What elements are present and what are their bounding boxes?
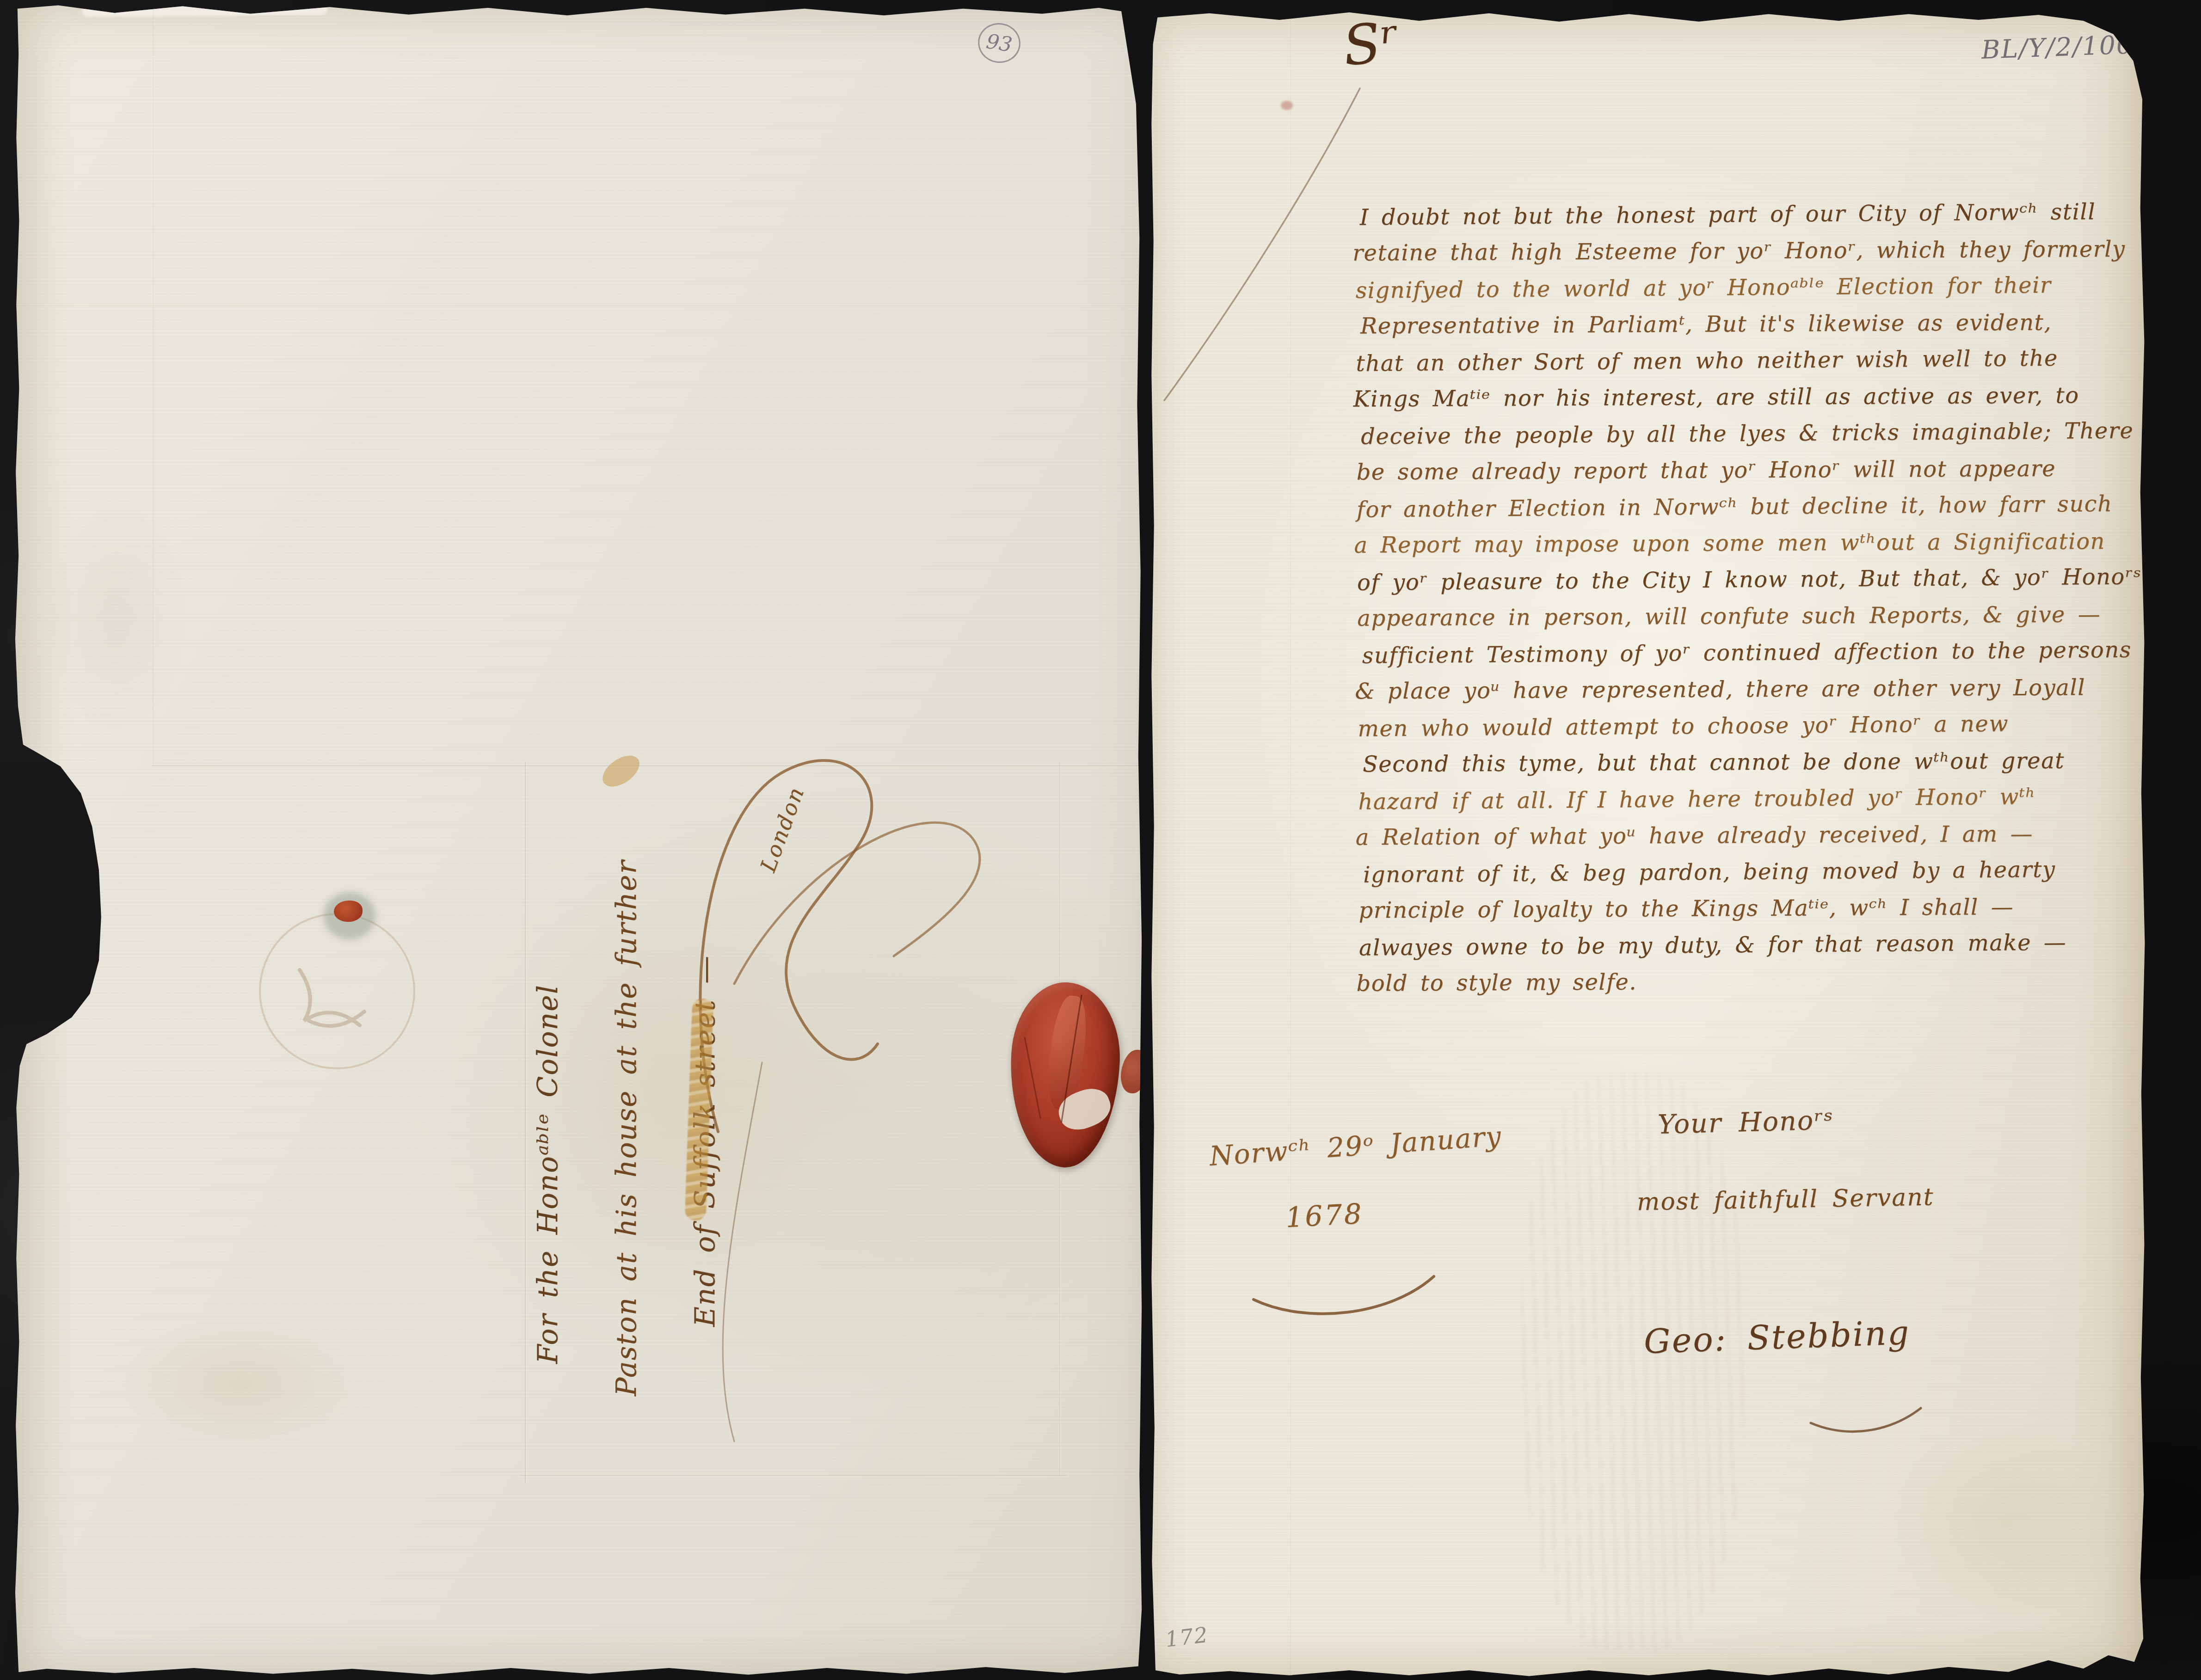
- letter-leaf: BL/Y/2/100 Sʳ I doubt not but the honest…: [1150, 7, 2148, 1679]
- letter-line: be some already report that yoʳ Honoʳ wi…: [1356, 450, 2131, 491]
- address-line: Paston at his house at the further: [587, 749, 666, 1396]
- paper-speck: [1281, 101, 1293, 110]
- letter-line: men who would attempt to choose yoʳ Hono…: [1358, 705, 2133, 747]
- address-block: For the Honoᵃᵇˡᵉ ColonelPaston at his ho…: [509, 749, 805, 1396]
- address-line: For the Honoᵃᵇˡᵉ Colonel: [509, 749, 587, 1396]
- letter-line: for another Election in Norwᶜʰ but decli…: [1357, 485, 2132, 528]
- dateline-underline-flourish: [1254, 1276, 1434, 1314]
- letter-line: appearance in person, will confute such …: [1357, 596, 2132, 637]
- folio-number-annotation: 172: [1164, 1622, 1210, 1652]
- salutation: Sʳ: [1340, 9, 1403, 78]
- letter-line: deceive the people by all the lyes & tri…: [1361, 412, 2131, 455]
- item-number-circle-annotation: 93: [975, 20, 1023, 66]
- fold-crease: [519, 1475, 1067, 1477]
- signature: Geo: Stebbing: [1643, 1313, 1911, 1361]
- salutation-flourish: [1164, 88, 1360, 400]
- letter-line: hazard if at all. If I have here trouble…: [1358, 778, 2133, 820]
- paper-stain: [1889, 1417, 2121, 1625]
- fold-crease: [13, 305, 1144, 307]
- letter-line: of yoʳ pleasure to the City I know not, …: [1357, 558, 2132, 601]
- fold-crease: [153, 4, 155, 766]
- dateline-place-day: Norwᶜʰ 29ᵒ January: [1208, 1120, 1502, 1172]
- letter-line: ignorant of it, & beg pardon, being move…: [1363, 851, 2133, 893]
- letter-line: that an other Sort of men who neither wi…: [1356, 339, 2131, 382]
- ink-showthrough: [1521, 1073, 1743, 1650]
- paper-stain: [41, 494, 189, 734]
- photograph-backdrop: 93 For the Honoᵃᵇˡᵉ ColonelPaston at his…: [0, 0, 2201, 1680]
- wax-spot: [334, 901, 363, 922]
- closing-line: most faithfull Servant: [1637, 1183, 1934, 1216]
- shelfmark-annotation: BL/Y/2/100: [1981, 30, 2134, 64]
- letter-line: & place yoᵘ have represented, there are …: [1355, 669, 2132, 710]
- closing-line: Your Honoʳˢ: [1657, 1105, 1834, 1140]
- paper-stain: [119, 1317, 360, 1451]
- item-number: 93: [984, 29, 1014, 56]
- letter-line: alwayes owne to be my duty, & for that r…: [1359, 924, 2134, 966]
- letter-line: Second this tyme, but that cannot be don…: [1363, 742, 2133, 783]
- letter-body: I doubt not but the honest part of our C…: [1355, 195, 2133, 1002]
- letter-line: Kings Maᵗⁱᵉ nor his interest, are still …: [1353, 377, 2131, 418]
- dateline-year: 1678: [1285, 1198, 1364, 1234]
- letter-line: Representative in Parliamᵗ, But it's lik…: [1360, 304, 2130, 345]
- letter-line: a Relation of what yoᵘ have already rece…: [1355, 815, 2133, 856]
- address-leaf: 93 For the Honoᵃᵇˡᵉ ColonelPaston at his…: [13, 4, 1144, 1676]
- letter-line: bold to style my selfe.: [1356, 962, 2133, 1002]
- letter-line: principle of loyalty to the Kings Maᵗⁱᵉ,…: [1359, 889, 2133, 929]
- fold-crease: [1290, 7, 1292, 1679]
- wax-seal-fragment: [1119, 1048, 1150, 1095]
- letter-line: sufficient Testimony of yoʳ continued af…: [1362, 632, 2132, 674]
- letter-line: a Report may impose upon some men wᵗʰout…: [1354, 523, 2131, 564]
- wax-seal: [1006, 980, 1124, 1170]
- signature-underline-flourish: [1811, 1408, 1921, 1432]
- wax-seal-crack: [1024, 1037, 1041, 1119]
- letter-line: retaine that high Esteeme for yoʳ Honoʳ,…: [1353, 231, 2130, 272]
- torn-edge-highlight: [82, 4, 327, 17]
- letter-line: I doubt not but the honest part of our C…: [1359, 193, 2130, 236]
- letter-line: signifyed to the world at yoʳ Honoᵃᵇˡᵉ E…: [1355, 266, 2130, 309]
